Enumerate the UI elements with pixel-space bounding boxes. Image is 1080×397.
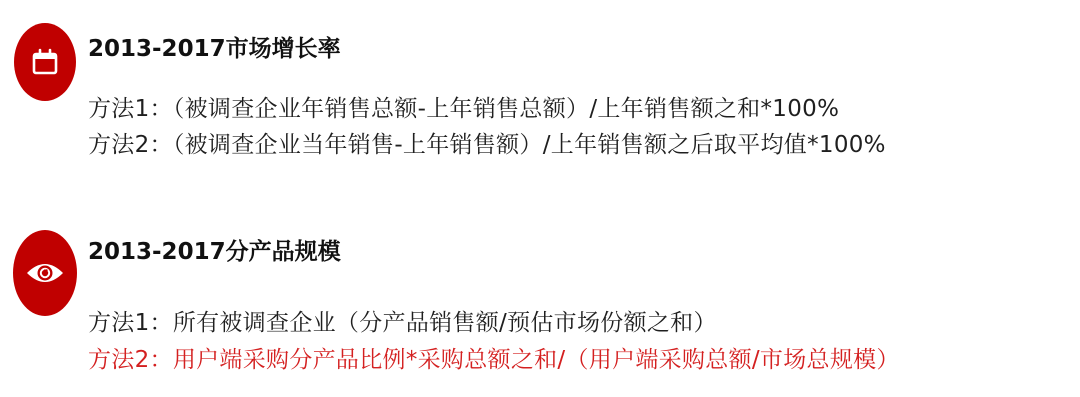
method-2-text-highlighted: 方法2：用户端采购分产品比例*采购总额之和/（用户端采购总额/市场总规模） [88, 341, 900, 374]
eye-icon [25, 259, 65, 287]
eye-badge [13, 230, 77, 316]
method-2-text: 方法2：（被调查企业当年销售-上年销售额）/上年销售额之后取平均值*100% [88, 126, 886, 159]
section-market-growth-rate: 2013-2017市场增长率 方法1：（被调查企业年销售总额-上年销售总额）/上… [0, 0, 1080, 200]
method-1-text: 方法1：所有被调查企业（分产品销售额/预估市场份额之和） [88, 304, 717, 337]
section-title: 2013-2017市场增长率 [88, 30, 341, 63]
calendar-badge [14, 23, 76, 101]
section-title: 2013-2017分产品规模 [88, 233, 341, 266]
method-1-text: 方法1：（被调查企业年销售总额-上年销售总额）/上年销售额之和*100% [88, 90, 839, 123]
calendar-icon [30, 47, 60, 77]
section-product-scale: 2013-2017分产品规模 方法1：所有被调查企业（分产品销售额/预估市场份额… [0, 200, 1080, 397]
